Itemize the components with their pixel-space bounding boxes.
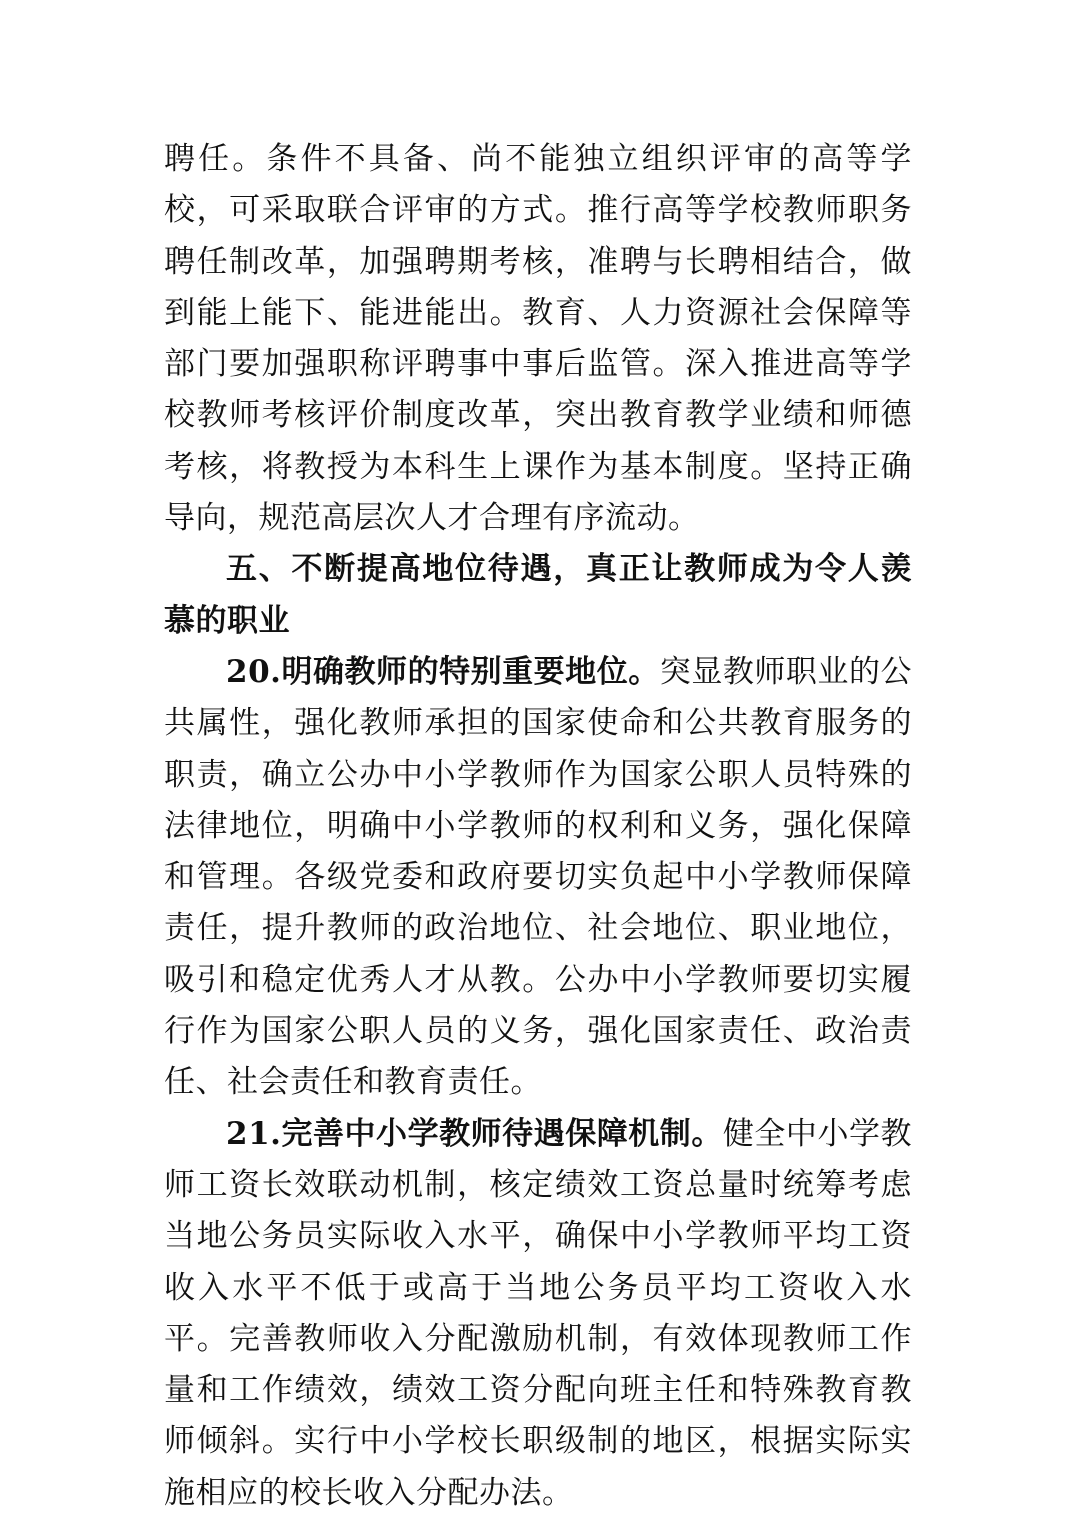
item-21-title: 21.完善中小学教师待遇保障机制。 bbox=[226, 1116, 723, 1152]
item-20-title: 20.明确教师的特别重要地位。 bbox=[226, 654, 660, 690]
paragraph-item-20: 20.明确教师的特别重要地位。突显教师职业的公共属性，强化教师承担的国家使命和公… bbox=[164, 647, 912, 1109]
section-heading: 五、不断提高地位待遇，真正让教师成为令人羡慕的职业 bbox=[164, 544, 912, 647]
paragraph-continuation: 聘任。条件不具备、尚不能独立组织评审的高等学校，可采取联合评审的方式。推行高等学… bbox=[164, 134, 912, 544]
item-21-text: 健全中小学教师工资长效联动机制，核定绩效工资总量时统筹考虑当地公务员实际收入水平… bbox=[164, 1116, 912, 1511]
paragraph-text: 聘任。条件不具备、尚不能独立组织评审的高等学校，可采取联合评审的方式。推行高等学… bbox=[164, 141, 912, 536]
section-heading-text: 五、不断提高地位待遇，真正让教师成为令人羡慕的职业 bbox=[164, 551, 912, 638]
item-20-text: 突显教师职业的公共属性，强化教师承担的国家使命和公共教育服务的职责，确立公办中小… bbox=[164, 654, 912, 1100]
document-page: 聘任。条件不具备、尚不能独立组织评审的高等学校，可采取联合评审的方式。推行高等学… bbox=[164, 134, 912, 1519]
paragraph-item-21: 21.完善中小学教师待遇保障机制。健全中小学教师工资长效联动机制，核定绩效工资总… bbox=[164, 1109, 912, 1519]
